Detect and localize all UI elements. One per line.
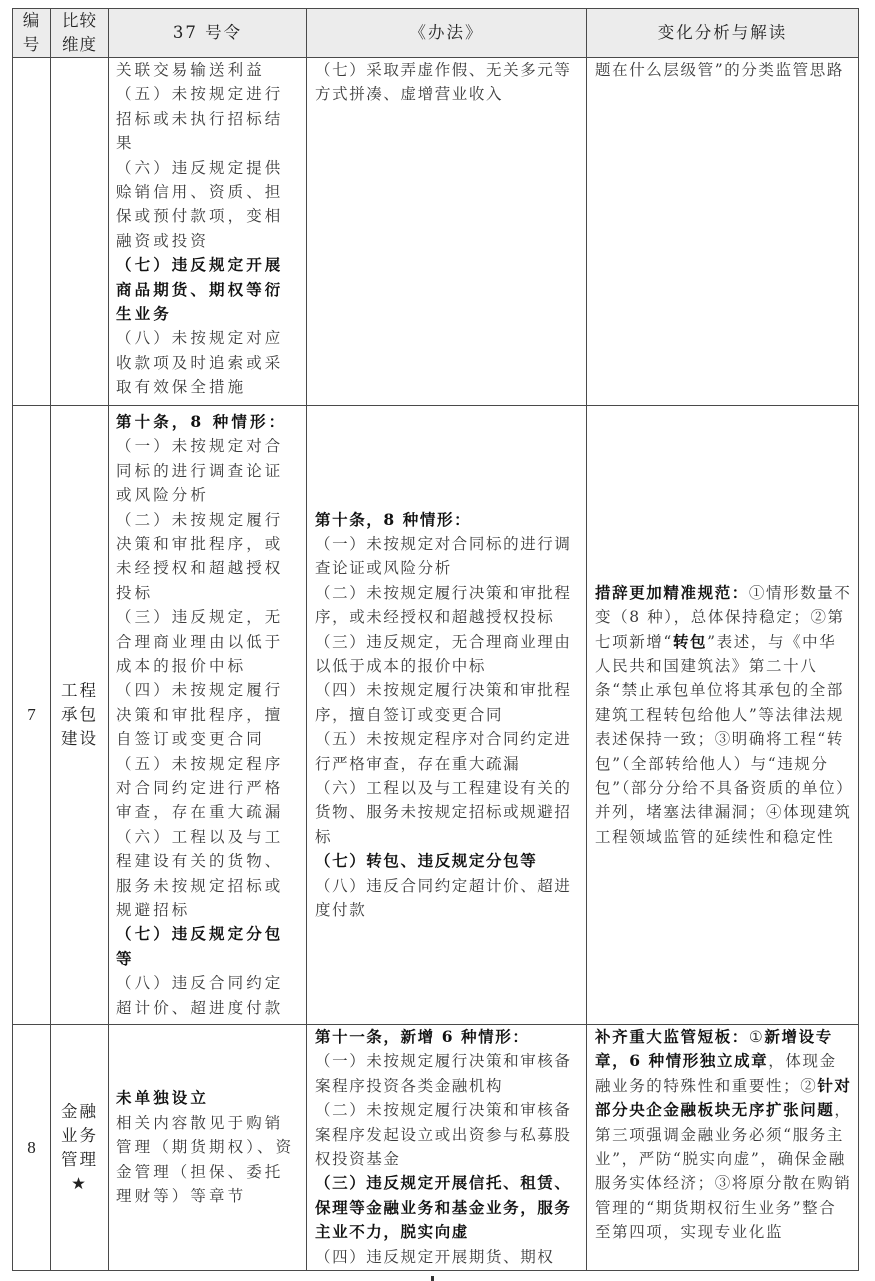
emphasis-text: （三）违反规定开展信托、租赁、保理等金融业务和基金业务，服务主业不力，脱实向虚 xyxy=(315,1173,572,1241)
emphasis-text: 未单独设立 xyxy=(116,1088,209,1107)
analysis-cell: 措辞更加精准规范：①情形数量不变（8 种），总体保持稳定；②第七项新增“转包”表… xyxy=(587,406,859,1025)
emphasis-text: （七）转包、违反规定分包等 xyxy=(315,851,537,870)
order37-text: 关联交易输送利益 （五）未按规定进行招标或未执行招标结果 （六）违反规定提供赊销… xyxy=(109,58,306,400)
order37-cell: 关联交易输送利益 （五）未按规定进行招标或未执行招标结果 （六）违反规定提供赊销… xyxy=(109,58,307,406)
page-number-fragment xyxy=(431,1276,434,1281)
order37-cell: 第十条，8 种情形： （一）未按规定对合同标的进行调查论证或风险分析 （二）未按… xyxy=(109,406,307,1025)
row-number xyxy=(13,58,51,406)
emphasis-text: 第十条，8 种情形： xyxy=(315,510,471,529)
body-text: （一）未按规定对合同标的进行调查论证或风险分析 （二）未按规定履行决策和审批程序… xyxy=(116,437,283,919)
measures-text: 第十一条，新增 6 种情形： （一）未按规定履行决策和审核备案程序投资各类金融机… xyxy=(307,1025,586,1269)
analysis-cell: 题在什么层级管”的分类监管思路 xyxy=(587,58,859,406)
header-order37: 37 号令 xyxy=(109,9,307,58)
row-dimension: 金融 业务 管理 ★ xyxy=(51,1025,109,1271)
body-text: （八）违反合同约定超计价、超进度付款 xyxy=(116,974,283,1016)
emphasis-text: 第十一条，新增 6 种情形： xyxy=(315,1027,529,1046)
order37-text: 第十条，8 种情形： （一）未按规定对合同标的进行调查论证或风险分析 （二）未按… xyxy=(109,410,306,1020)
measures-cell: （七）采取弄虚作假、无关多元等方式拼凑、虚增营业收入 xyxy=(307,58,587,406)
body-text: 题在什么层级管”的分类监管思路 xyxy=(595,61,844,79)
body-text: ① xyxy=(749,1028,765,1046)
measures-text: （七）采取弄虚作假、无关多元等方式拼凑、虚增营业收入 xyxy=(307,58,586,107)
body-text: （一）未按规定对合同标的进行调查论证或风险分析 （二）未按规定履行决策和审批程序… xyxy=(315,535,572,846)
body-text: ，第三项强调金融业务必须“服务主业”，严防“脱实向虚”，确保金融服务实体经济；③… xyxy=(595,1101,852,1241)
emphasis-text: 第十条，8 种情形： xyxy=(116,412,287,431)
analysis-text: 补齐重大监管短板：①新增设专章，6 种情形独立成章，体现金融业务的特殊性和重要性… xyxy=(587,1025,858,1245)
row-number: 8 xyxy=(13,1025,51,1271)
analysis-cell: 补齐重大监管短板：①新增设专章，6 种情形独立成章，体现金融业务的特殊性和重要性… xyxy=(587,1025,859,1271)
table-header-row: 编 号 比较 维度 37 号令 《办法》 变化分析与解读 xyxy=(13,9,859,58)
body-text: （一）未按规定履行决策和审核备案程序投资各类金融机构 （二）未按规定履行决策和审… xyxy=(315,1052,572,1168)
body-text: （八）未按规定对应收款项及时追索或采取有效保全措施 xyxy=(116,329,283,396)
row-number: 7 xyxy=(13,406,51,1025)
table-row-8: 8 金融 业务 管理 ★ 未单独设立 相关内容散见于购销管理（期货期权）、资金管… xyxy=(13,1025,859,1271)
emphasis-text: （七）违反规定分包等 xyxy=(116,924,283,967)
analysis-text: 题在什么层级管”的分类监管思路 xyxy=(587,58,858,82)
emphasis-text: 措辞更加精准规范： xyxy=(595,583,749,602)
analysis-text: 措辞更加精准规范：①情形数量不变（8 种），总体保持稳定；②第七项新增“转包”表… xyxy=(587,581,858,849)
row-dimension xyxy=(51,58,109,406)
header-no: 编 号 xyxy=(13,9,51,58)
table-row-7: 7 工程 承包 建设 第十条，8 种情形： （一）未按规定对合同标的进行调查论证… xyxy=(13,406,859,1025)
order37-cell: 未单独设立 相关内容散见于购销管理（期货期权）、资金管理（担保、委托理财等）等章… xyxy=(109,1025,307,1271)
body-text: （四）违反规定开展期货、期权 xyxy=(315,1248,554,1266)
measures-cell: 第十一条，新增 6 种情形： （一）未按规定履行决策和审核备案程序投资各类金融机… xyxy=(307,1025,587,1271)
body-text: 相关内容散见于购销管理（期货期权）、资金管理（担保、委托理财等）等章节 xyxy=(116,1114,294,1205)
emphasis-text: （七）违反规定开展商品期货、期权等衍生业务 xyxy=(116,255,283,323)
emphasis-text: 补齐重大监管短板： xyxy=(595,1027,749,1046)
measures-cell: 第十条，8 种情形： （一）未按规定对合同标的进行调查论证或风险分析 （二）未按… xyxy=(307,406,587,1025)
order37-text: 未单独设立 相关内容散见于购销管理（期货期权）、资金管理（担保、委托理财等）等章… xyxy=(109,1086,306,1208)
body-text: ”表述，与《中华人民共和国建筑法》第二十八条“禁止承包单位将其承包的全部建筑工程… xyxy=(595,633,852,846)
comparison-table: 编 号 比较 维度 37 号令 《办法》 变化分析与解读 关联交易输送利益 （五… xyxy=(12,8,859,1271)
body-text: 关联交易输送利益 （五）未按规定进行招标或未执行招标结果 （六）违反规定提供赊销… xyxy=(116,61,283,250)
emphasis-text: 转包 xyxy=(673,632,707,651)
header-measures: 《办法》 xyxy=(307,9,587,58)
header-dimension: 比较 维度 xyxy=(51,9,109,58)
body-text: （七）采取弄虚作假、无关多元等方式拼凑、虚增营业收入 xyxy=(315,61,572,103)
table-row-continued: 关联交易输送利益 （五）未按规定进行招标或未执行招标结果 （六）违反规定提供赊销… xyxy=(13,58,859,406)
header-analysis: 变化分析与解读 xyxy=(587,9,859,58)
measures-text: 第十条，8 种情形： （一）未按规定对合同标的进行调查论证或风险分析 （二）未按… xyxy=(307,508,586,923)
row-dimension: 工程 承包 建设 xyxy=(51,406,109,1025)
body-text: （八）违反合同约定超计价、超进度付款 xyxy=(315,877,572,919)
